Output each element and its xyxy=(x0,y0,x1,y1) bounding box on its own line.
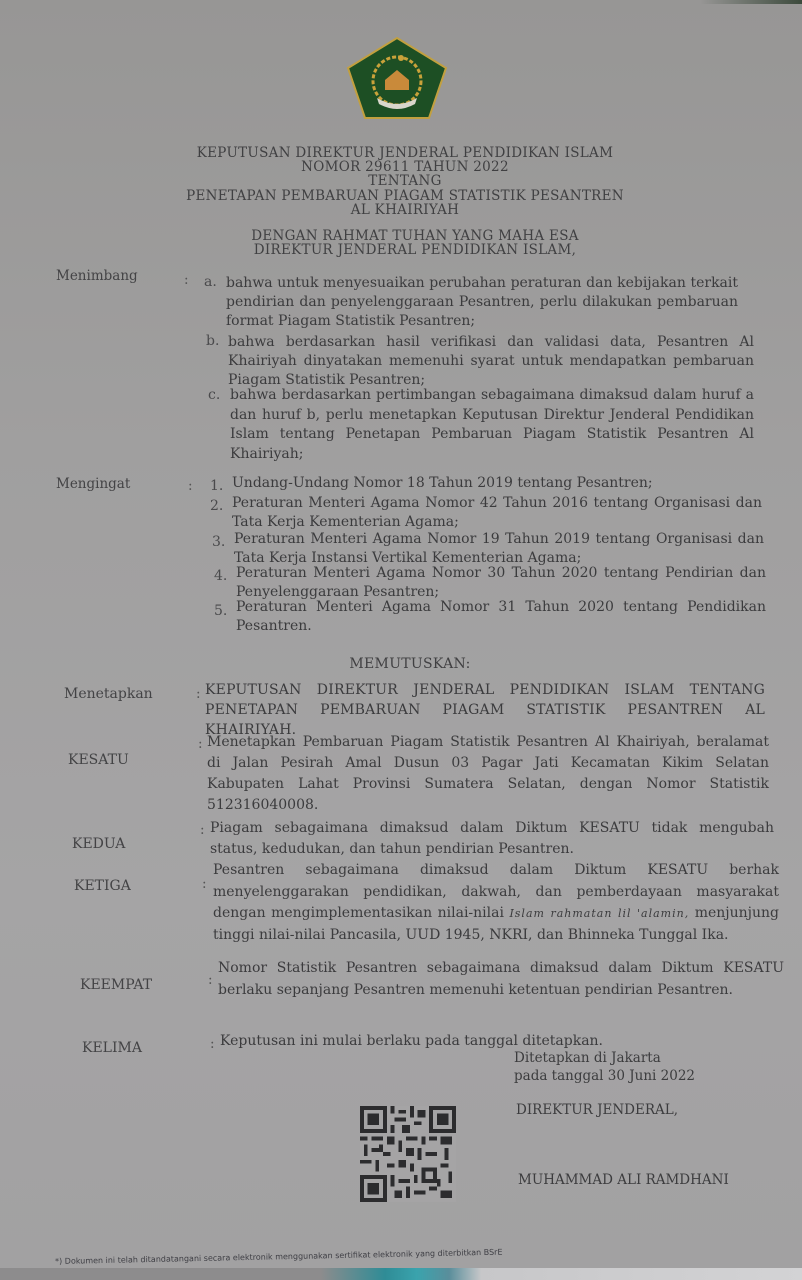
decree-subject-line2: AL KHAIRIYAH xyxy=(150,203,660,217)
edge-shadow xyxy=(700,0,802,4)
decree-subject: PENETAPAN PEMBARUAN PIAGAM STATISTIK PES… xyxy=(145,189,665,203)
ketiga-label: KETIGA xyxy=(74,878,131,894)
kesatu-text: Menetapkan Pembaruan Piagam Statistik Pe… xyxy=(207,732,769,816)
keempat-text: Nomor Statistik Pesantren sebagaimana di… xyxy=(218,958,784,1001)
kesatu-label: KESATU xyxy=(68,752,129,768)
menimbang-label: Menimbang xyxy=(56,268,138,284)
menimbang-item-c: bahwa berdasarkan pertimbangan sebagaima… xyxy=(230,386,754,464)
mengingat-item-3: Peraturan Menteri Agama Nomor 19 Tahun 2… xyxy=(234,530,764,568)
ketiga-text-italic: Islam rahmatan lil 'alamin, xyxy=(509,907,689,920)
keempat-label: KEEMPAT xyxy=(80,977,152,993)
mengingat-item-1: Undang-Undang Nomor 18 Tahun 2019 tentan… xyxy=(232,474,762,493)
decree-title-line1: KEPUTUSAN DIREKTUR JENDERAL PENDIDIKAN I… xyxy=(150,146,660,160)
mengingat-label: Mengingat xyxy=(56,476,130,492)
preamble-line1: DENGAN RAHMAT TUHAN YANG MAHA ESA xyxy=(160,229,670,243)
qr-code-icon[interactable] xyxy=(360,1106,456,1202)
menetapkan-label: Menetapkan xyxy=(64,686,153,702)
signature-position: DIREKTUR JENDERAL, xyxy=(516,1102,678,1119)
kedua-text: Piagam sebagaimana dimaksud dalam Diktum… xyxy=(210,818,774,860)
menimbang-marker-a: a. xyxy=(204,274,217,290)
menimbang-item-a: bahwa untuk menyesuaikan perubahan perat… xyxy=(226,274,738,331)
decree-tentang: TENTANG xyxy=(150,174,660,188)
menimbang-marker-b: b. xyxy=(206,333,219,349)
mengingat-marker-5: 5. xyxy=(214,603,227,619)
kedua-colon: : xyxy=(200,822,205,838)
ketiga-text: Pesantren sebagaimana dimaksud dalam Dik… xyxy=(213,860,779,946)
mengingat-marker-4: 4. xyxy=(214,568,227,584)
mengingat-marker-2: 2. xyxy=(210,498,223,514)
signature-place: Ditetapkan di Jakarta xyxy=(514,1050,661,1067)
ketiga-colon: : xyxy=(202,876,207,892)
kedua-label: KEDUA xyxy=(72,836,125,852)
mengingat-marker-3: 3. xyxy=(212,534,225,550)
signatory-name: MUHAMMAD ALI RAMDHANI xyxy=(518,1172,729,1189)
memutuskan-heading: MEMUTUSKAN: xyxy=(250,657,570,671)
mengingat-item-2: Peraturan Menteri Agama Nomor 42 Tahun 2… xyxy=(232,494,762,532)
kelima-label: KELIMA xyxy=(82,1040,142,1056)
mengingat-colon: : xyxy=(188,478,193,494)
mengingat-marker-1: 1. xyxy=(210,478,223,494)
kelima-text: Keputusan ini mulai berlaku pada tanggal… xyxy=(220,1032,780,1051)
kelima-colon: : xyxy=(210,1036,215,1052)
menimbang-item-b: bahwa berdasarkan hasil verifikasi dan v… xyxy=(228,333,754,390)
menimbang-marker-c: c. xyxy=(208,387,220,403)
decree-number: NOMOR 29611 TAHUN 2022 xyxy=(150,160,660,174)
background-below-page xyxy=(0,1268,802,1280)
preamble-line2: DIREKTUR JENDERAL PENDIDIKAN ISLAM, xyxy=(160,243,670,257)
menetapkan-text: KEPUTUSAN DIREKTUR JENDERAL PENDIDIKAN I… xyxy=(205,680,765,740)
menetapkan-colon: : xyxy=(196,686,201,702)
signature-date: pada tanggal 30 Juni 2022 xyxy=(514,1068,695,1085)
kementerian-agama-logo-icon xyxy=(345,36,449,120)
kesatu-colon: : xyxy=(198,736,203,752)
menimbang-colon: : xyxy=(184,272,189,288)
keempat-colon: : xyxy=(208,972,213,988)
mengingat-item-4: Peraturan Menteri Agama Nomor 30 Tahun 2… xyxy=(236,564,766,602)
mengingat-item-5: Peraturan Menteri Agama Nomor 31 Tahun 2… xyxy=(236,598,766,636)
